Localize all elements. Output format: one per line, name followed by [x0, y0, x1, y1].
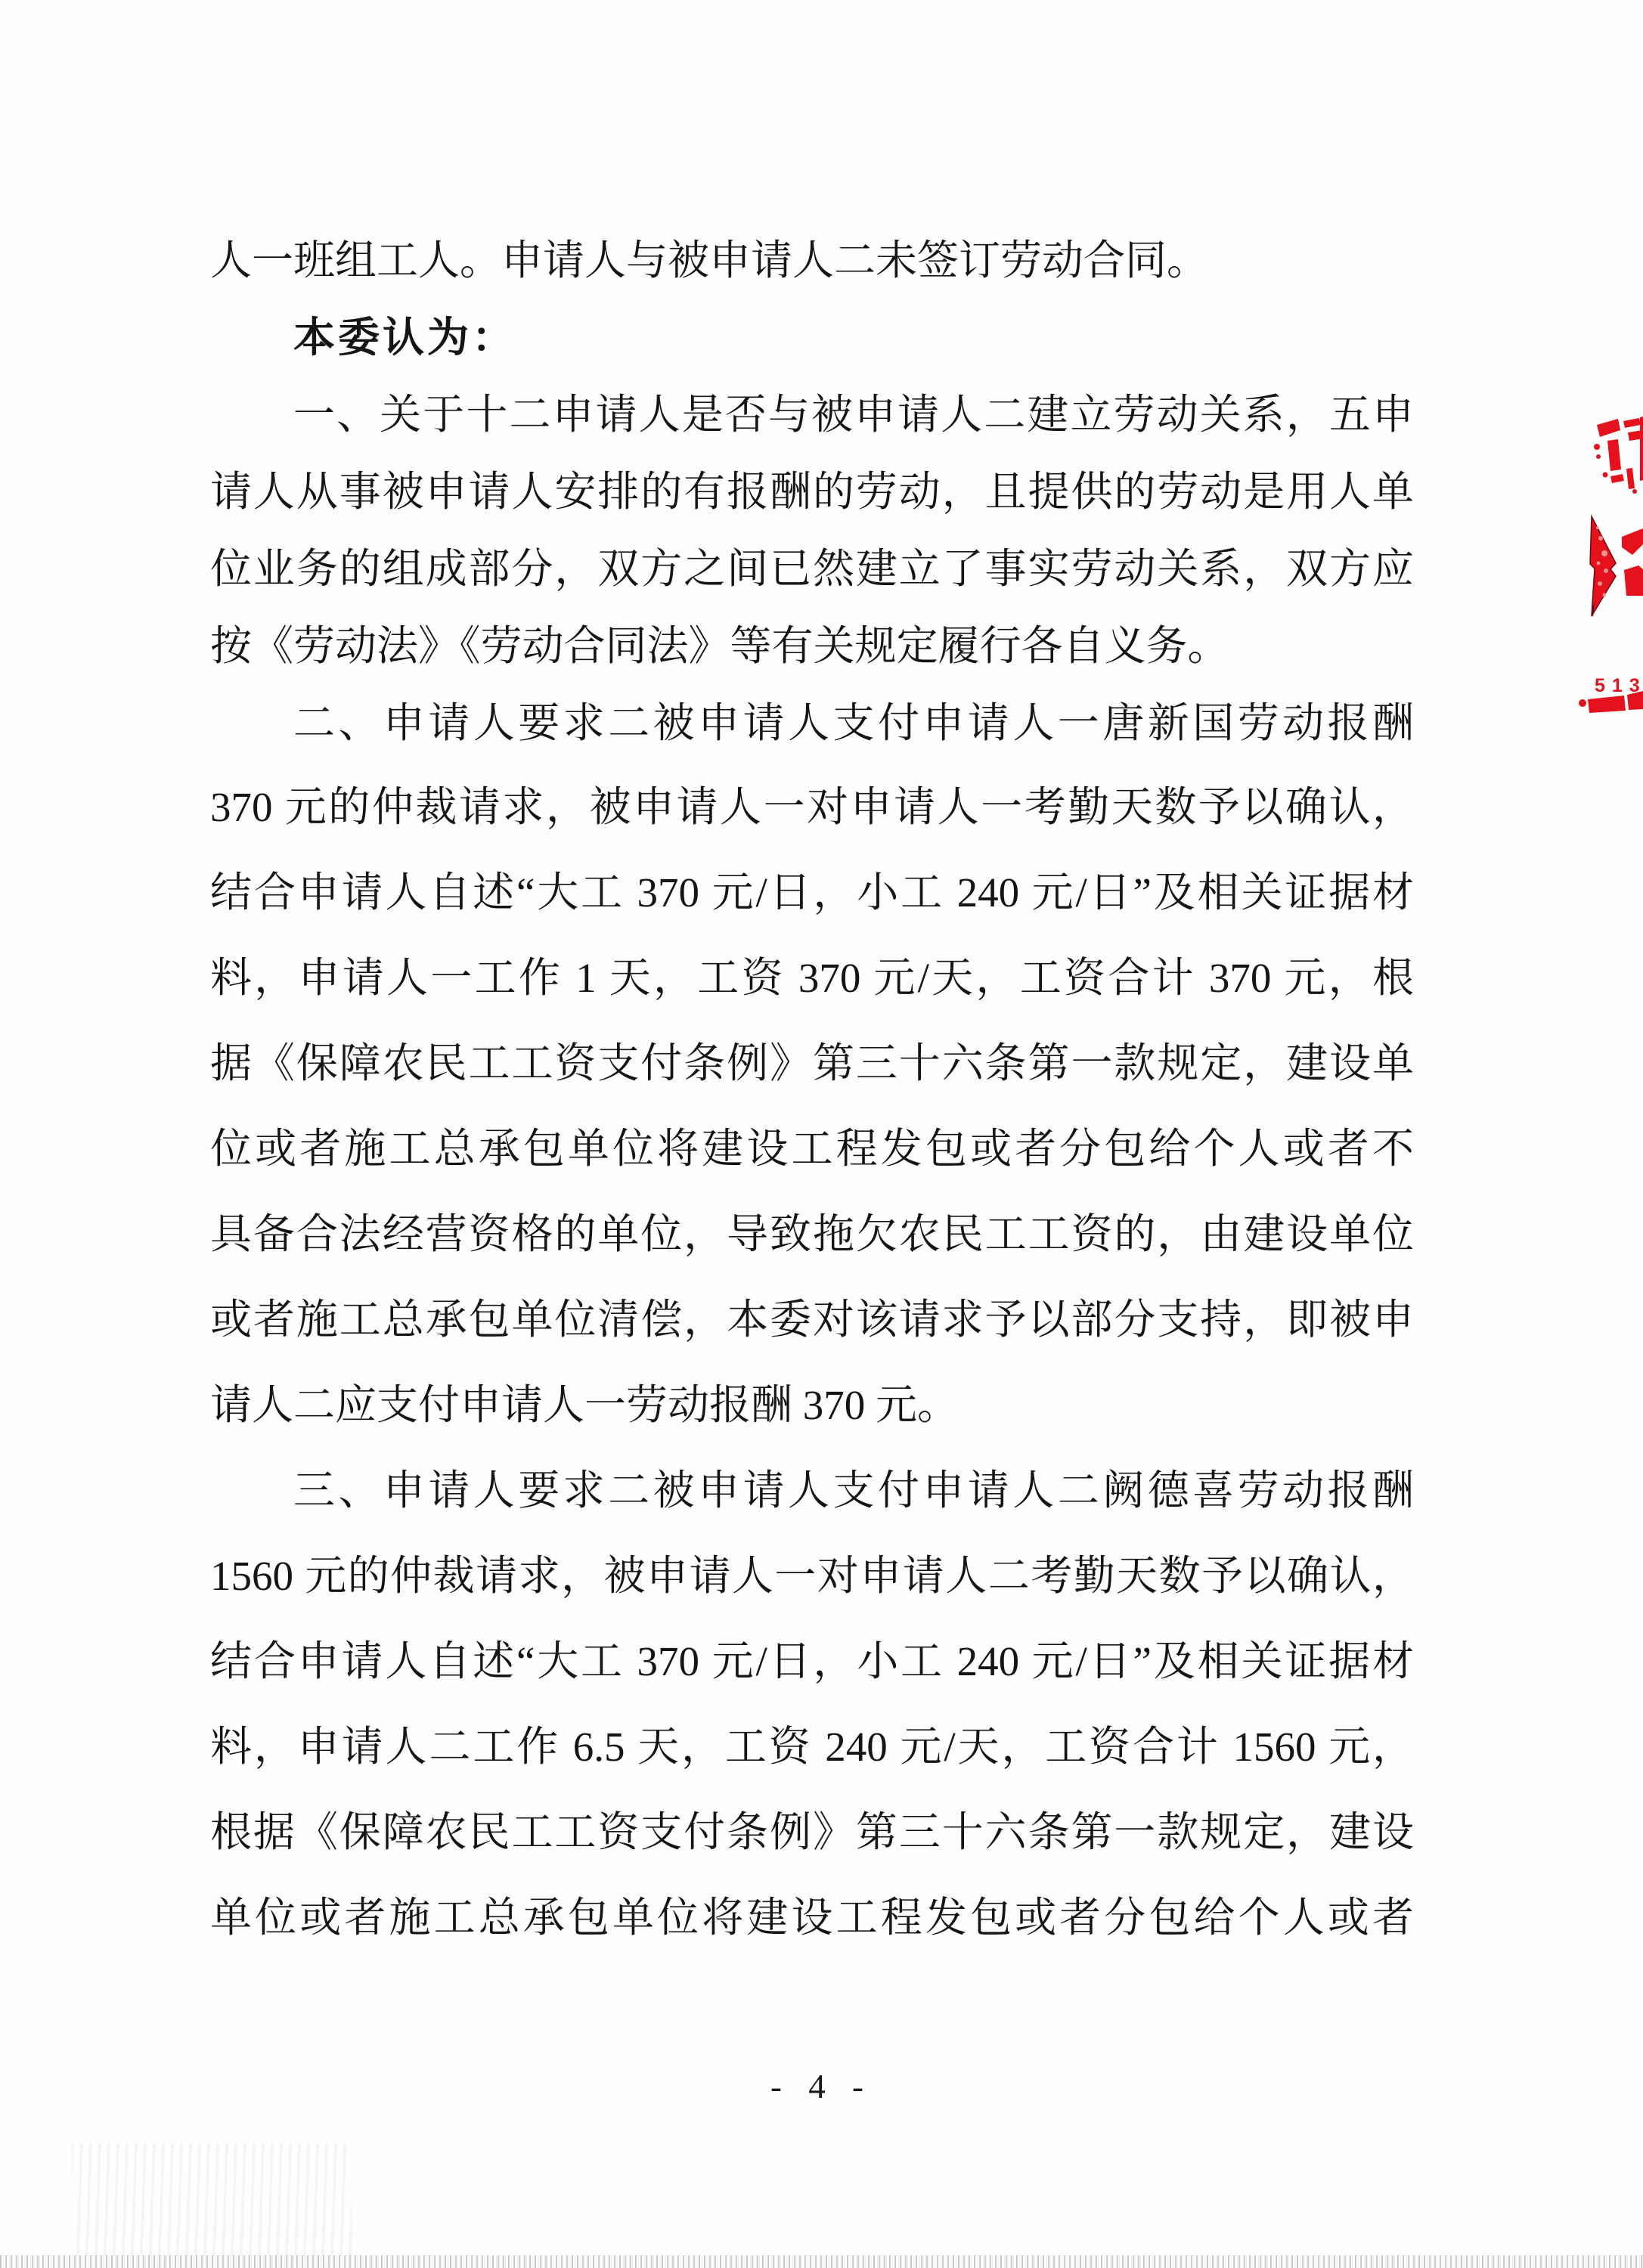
text-line: 人一班组工人。申请人与被申请人二未签订劳动合同。 [210, 222, 1414, 299]
text-line: 单位或者施工总承包单位将建设工程发包或者分包给个人或者 [210, 1875, 1414, 1960]
text-line: 料，申请人一工作 1 天，工资 370 元/天，工资合计 370 元，根 [210, 935, 1414, 1021]
seal-fragment-middle [1590, 516, 1643, 618]
page-number: - 4 - [0, 2067, 1643, 2106]
text-line: 据《保障农民工工资支付条例》第三十六条第一款规定，建设单 [210, 1021, 1414, 1106]
text-line: 请人二应支付申请人一劳动报酬 370 元。 [210, 1362, 1414, 1448]
text-line: 1560 元的仲裁请求，被申请人一对申请人二考勤天数予以确认， [210, 1533, 1414, 1619]
text-line: 本委认为： [210, 299, 1414, 376]
text-line: 三、申请人要求二被申请人支付申请人二阙德喜劳动报酬 [210, 1448, 1414, 1533]
paragraph-block-2: 370 元的仲裁请求，被申请人一对申请人一考勤天数予以确认，结合申请人自述“大工… [210, 764, 1414, 1960]
text-line: 370 元的仲裁请求，被申请人一对申请人一考勤天数予以确认， [210, 764, 1414, 850]
text-line: 二、申请人要求二被申请人支付申请人一唐新国劳动报酬 [210, 685, 1414, 762]
text-line: 结合申请人自述“大工 370 元/日，小工 240 元/日”及相关证据材 [210, 1619, 1414, 1704]
seal-fragment-bottom: 513 [1579, 675, 1643, 713]
seal-fragment-top [1594, 417, 1643, 494]
text-line: 料，申请人二工作 6.5 天，工资 240 元/天，工资合计 1560 元， [210, 1704, 1414, 1789]
text-line: 位业务的组成部分，双方之间已然建立了事实劳动关系，双方应 [210, 531, 1414, 608]
text-line: 请人从事被申请人安排的有报酬的劳动，且提供的劳动是用人单 [210, 454, 1414, 531]
text-line: 位或者施工总承包单位将建设工程发包或者分包给个人或者不 [210, 1106, 1414, 1191]
text-line: 一、关于十二申请人是否与被申请人二建立劳动关系，五申 [210, 376, 1414, 454]
text-line: 按《劳动法》《劳动合同法》等有关规定履行各自义务。 [210, 608, 1414, 685]
text-line: 具备合法经营资格的单位，导致拖欠农民工工资的，由建设单位 [210, 1191, 1414, 1277]
document-page: 人一班组工人。申请人与被申请人二未签订劳动合同。本委认为：一、关于十二申请人是否… [0, 0, 1643, 2268]
text-line: 根据《保障农民工工资支付条例》第三十六条第一款规定，建设 [210, 1789, 1414, 1875]
scan-noise-band [0, 2255, 1643, 2268]
scan-noise-smudge [72, 2143, 352, 2257]
text-line: 或者施工总承包单位清偿，本委对该请求予以部分支持，即被申 [210, 1277, 1414, 1362]
paragraph-block-1: 人一班组工人。申请人与被申请人二未签订劳动合同。本委认为：一、关于十二申请人是否… [210, 222, 1414, 762]
text-line: 结合申请人自述“大工 370 元/日，小工 240 元/日”及相关证据材 [210, 850, 1414, 935]
red-seal-fragment: 513 [1576, 408, 1643, 726]
